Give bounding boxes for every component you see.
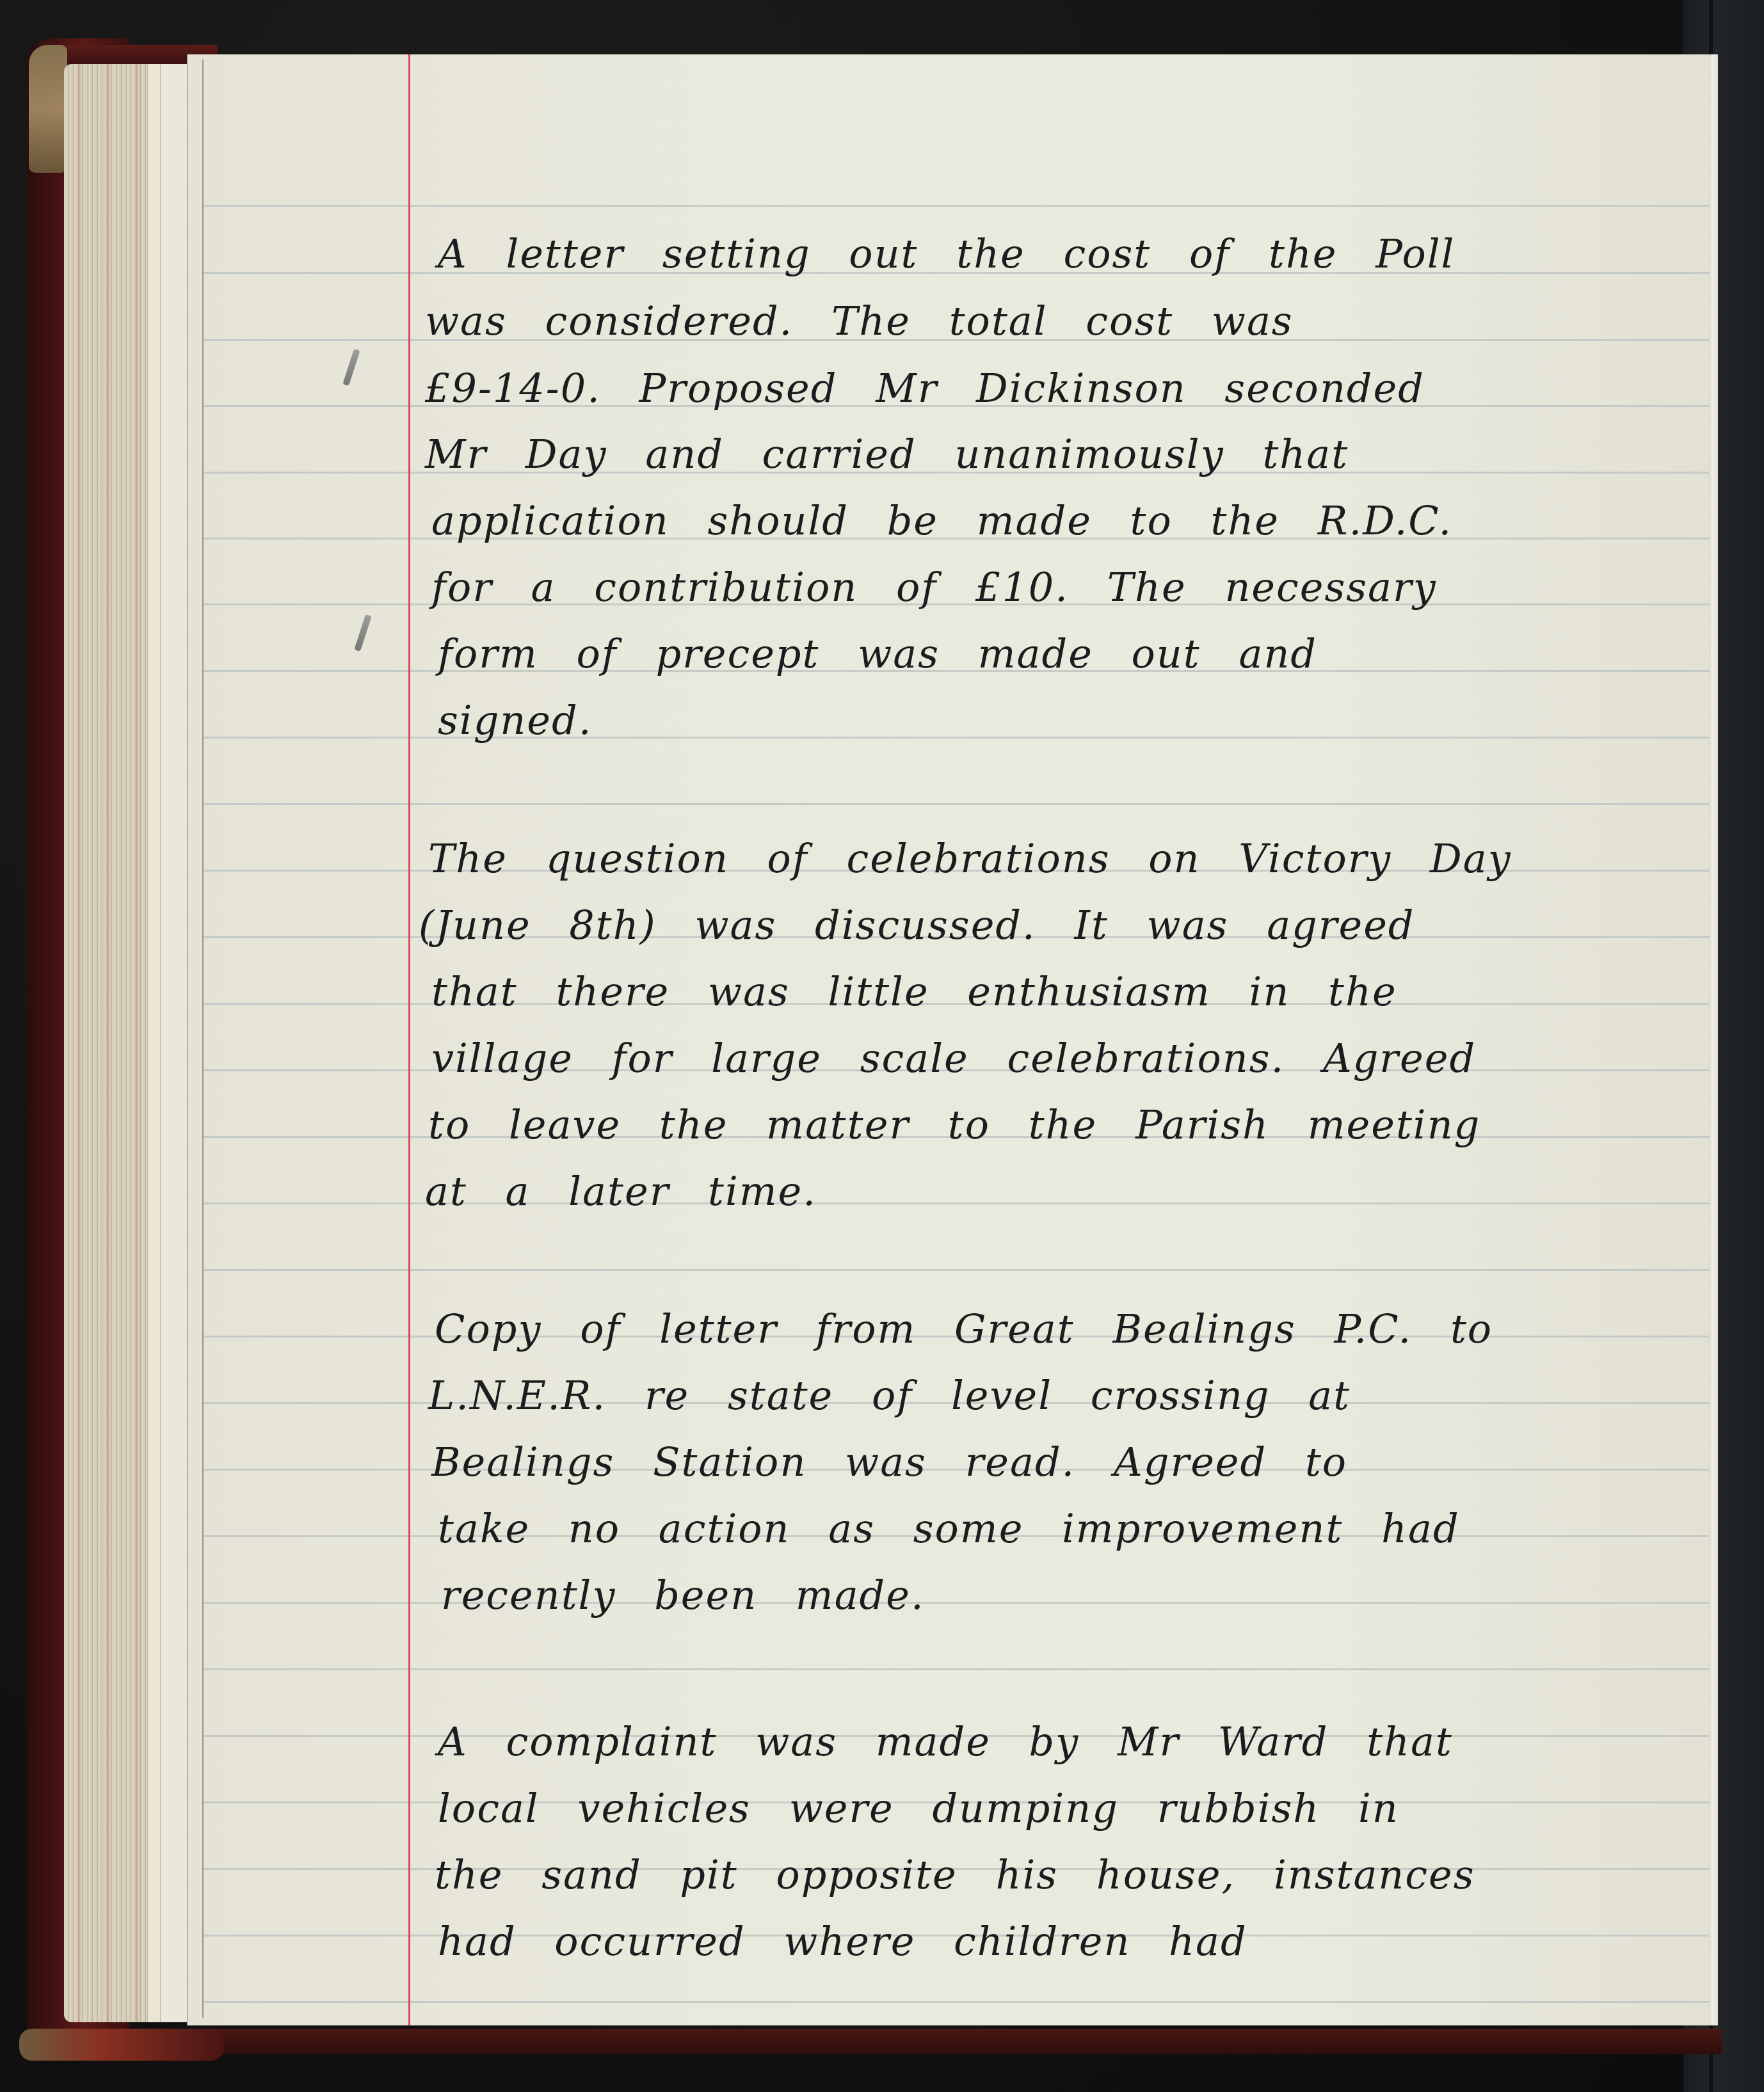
text-line: was considered. The total cost was — [425, 298, 1294, 344]
text-line: recently been made. — [441, 1572, 925, 1618]
text-line: The question of celebrations on Victory … — [428, 835, 1512, 882]
ruled-line — [204, 2001, 1709, 2003]
text-line: Bealings Station was read. Agreed to — [431, 1439, 1347, 1485]
text-line: (June 8th) was discussed. It was agreed — [419, 902, 1415, 948]
ruled-line — [204, 205, 1709, 207]
page-inner-border — [202, 60, 204, 2018]
text-line: the sand pit opposite his house, instanc… — [435, 1851, 1475, 1898]
text-line: A letter setting out the cost of the Pol… — [438, 230, 1455, 277]
text-line: had occurred where children had — [438, 1918, 1247, 1965]
ruled-line — [204, 1269, 1709, 1271]
text-line: £9-14-0. Proposed Mr Dickinson seconded — [425, 365, 1425, 411]
ruled-line — [204, 1668, 1709, 1670]
binding-bottom-edge — [58, 2029, 1722, 2054]
ledger-page: A letter setting out the cost of the Pol… — [187, 54, 1718, 2025]
text-line: that there was little enthusiasm in the — [431, 968, 1397, 1015]
ruled-line — [204, 1602, 1709, 1604]
text-line: take no action as some improvement had — [438, 1505, 1460, 1552]
worn-corner-top — [29, 45, 67, 173]
worn-corner-bottom — [19, 2029, 224, 2061]
text-line: Mr Day and carried unanimously that — [425, 431, 1349, 477]
text-line: to leave the matter to the Parish meetin… — [428, 1101, 1480, 1148]
text-line: at a later time. — [425, 1168, 817, 1215]
ruled-line — [204, 737, 1709, 739]
text-line: application should be made to the R.D.C. — [431, 497, 1452, 544]
pencil-tick-icon — [342, 349, 360, 386]
text-line: signed. — [438, 697, 592, 744]
text-line: Copy of letter from Great Bealings P.C. … — [435, 1306, 1493, 1352]
red-margin-line — [408, 54, 410, 2025]
text-line: form of precept was made out and — [438, 630, 1317, 677]
text-line: for a contribution of £10. The necessary — [431, 564, 1437, 611]
text-line: local vehicles were dumping rubbish in — [438, 1785, 1399, 1832]
text-line: village for large scale celebrations. Ag… — [431, 1035, 1476, 1082]
ruled-line — [204, 803, 1709, 805]
pencil-tick-icon — [354, 614, 371, 651]
text-line: A complaint was made by Mr Ward that — [438, 1718, 1453, 1765]
text-line: L.N.E.R. re state of level crossing at — [428, 1372, 1351, 1419]
page-fold — [1709, 54, 1718, 2025]
